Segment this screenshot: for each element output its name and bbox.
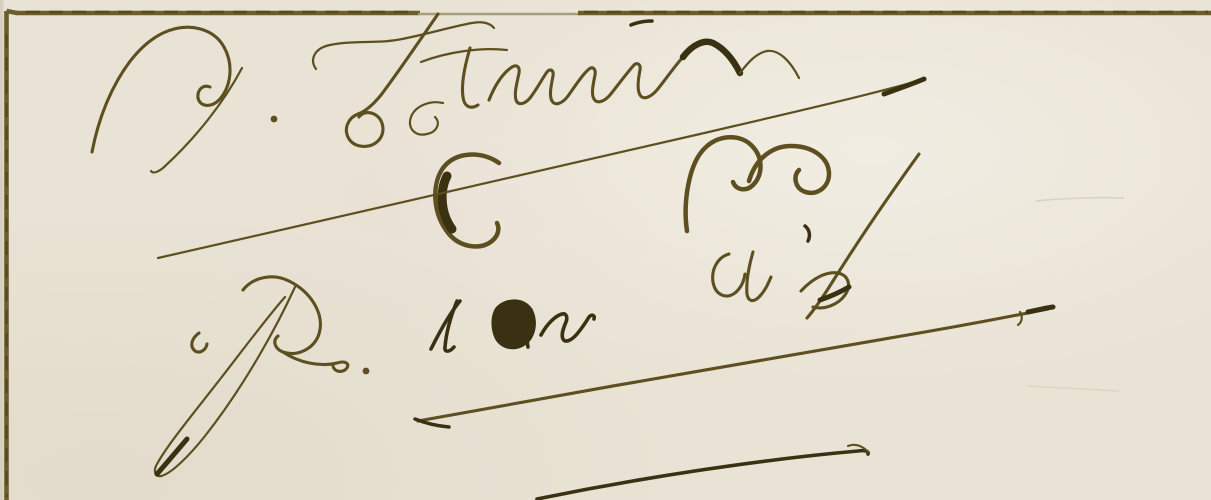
lower-flourish-line bbox=[537, 445, 868, 499]
letter-r-curl bbox=[410, 102, 443, 134]
flourish-hook-bold bbox=[683, 42, 740, 73]
paraph-line-end bbox=[884, 79, 924, 94]
signature-fortuin: P. Fortuin bbox=[92, 14, 924, 258]
manuscript-svg: Fragment of an aged cream paper page wit… bbox=[0, 0, 1211, 500]
letter-t-crossbar bbox=[421, 49, 507, 62]
flourish-tail bbox=[740, 51, 799, 78]
border-corner-join bbox=[7, 11, 18, 13]
i-dot-comma bbox=[805, 226, 809, 241]
letters-uin bbox=[489, 57, 683, 104]
lower-flourish-stroke bbox=[537, 451, 868, 499]
letter-E-left-lobe bbox=[686, 137, 761, 231]
letter-t-stem bbox=[462, 48, 478, 107]
manuscript-page: Fragment of an aged cream paper page wit… bbox=[0, 0, 1211, 500]
letter-J-descender-loop bbox=[155, 287, 295, 476]
letter-n bbox=[541, 314, 594, 341]
letter-k-slash bbox=[807, 154, 919, 318]
paper-scuffs bbox=[1028, 198, 1124, 391]
underline-left-barb bbox=[415, 419, 449, 427]
period-after-J bbox=[363, 368, 370, 375]
underline-right-end bbox=[1028, 307, 1053, 312]
signature-van-eik: J. van Eik bbox=[155, 137, 1053, 476]
letter-F-stem-loop bbox=[346, 14, 438, 146]
paper-edge-strip bbox=[0, 0, 4, 500]
letter-P-arc bbox=[92, 27, 230, 152]
period-after-P bbox=[271, 116, 278, 123]
scuff-mark-lower bbox=[1028, 386, 1118, 391]
initial-C-thick-side bbox=[442, 176, 452, 229]
letter-i-second bbox=[747, 252, 771, 301]
frame-border bbox=[7, 11, 1211, 500]
paraph-line bbox=[158, 80, 921, 258]
letter-J-lead-comma bbox=[192, 333, 207, 352]
i-dot-dash bbox=[631, 21, 652, 25]
letter-i-first bbox=[713, 254, 745, 296]
scuff-mark-upper bbox=[1036, 198, 1124, 201]
